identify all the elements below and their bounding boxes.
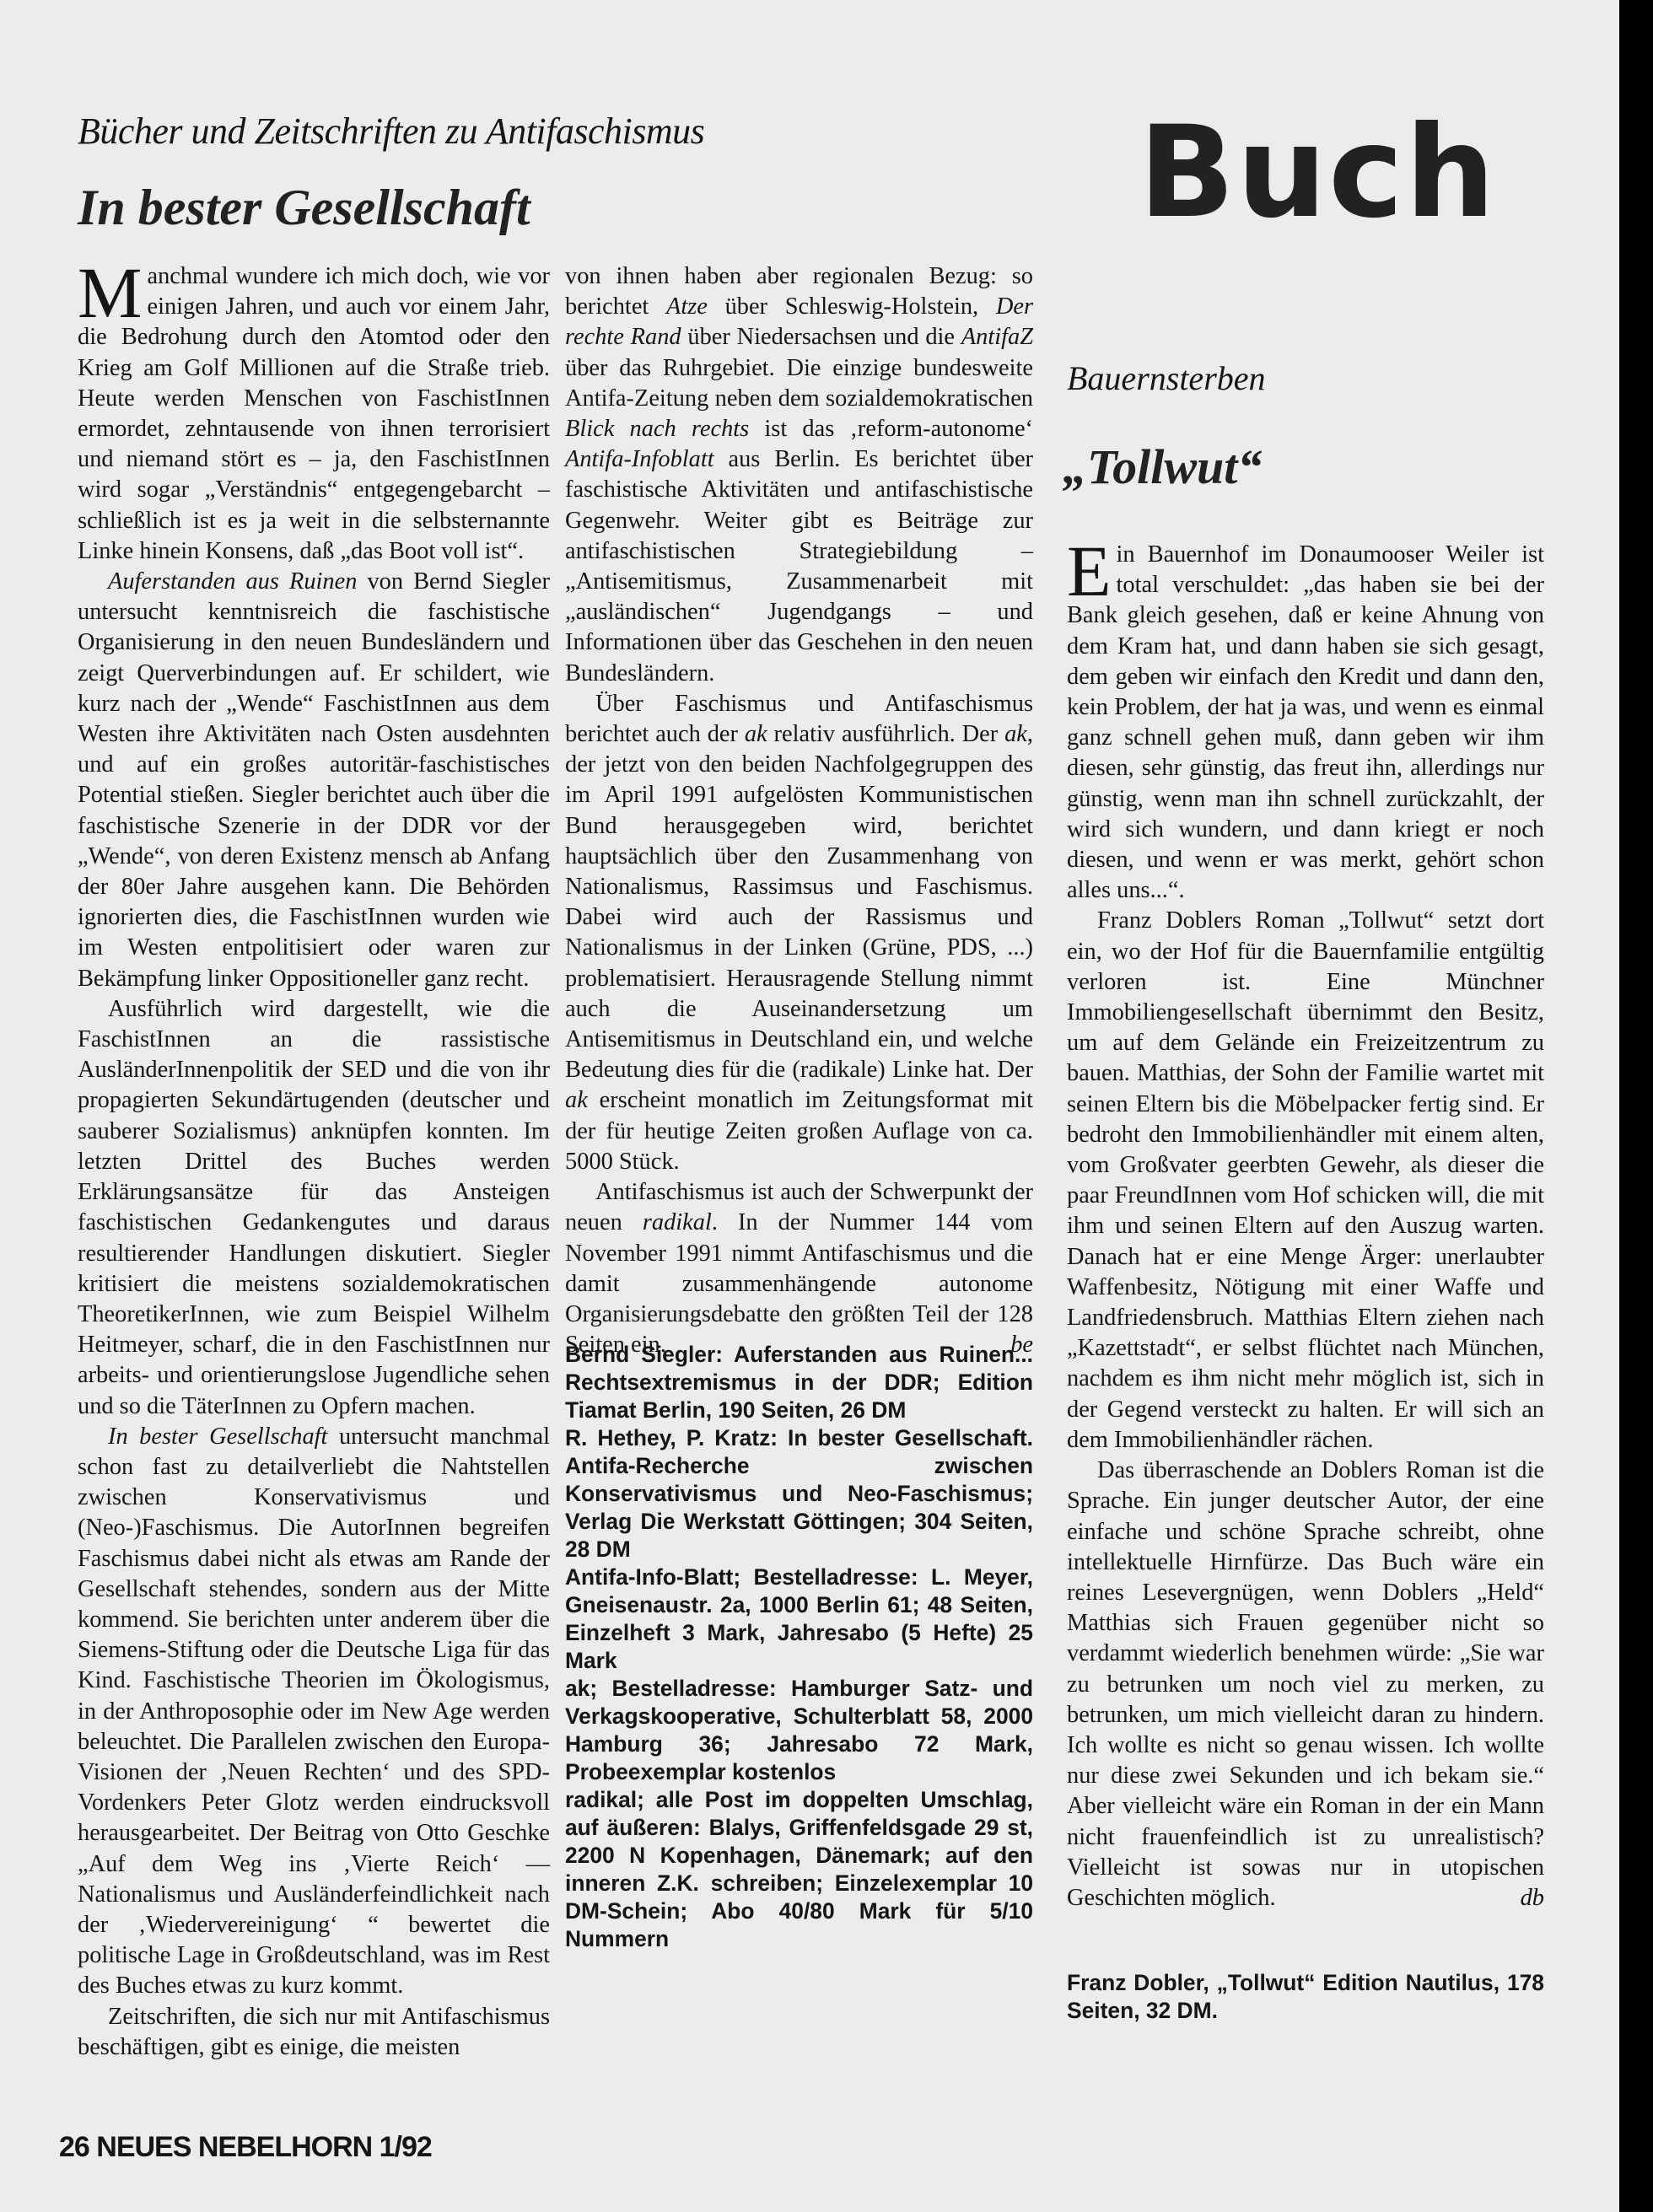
- paragraph: Ausführlich wird dargestellt, wie die Fa…: [78, 994, 550, 1422]
- bibliography-entry: R. Hethey, P. Kratz: In bester Gesellsch…: [565, 1424, 1033, 1563]
- paragraph: In bester Gesellschaft untersucht manchm…: [78, 1422, 550, 2002]
- magazine-title: Atze: [666, 293, 708, 320]
- book-title: Auferstanden aus Ruinen: [108, 568, 357, 595]
- paragraph: von ihnen haben aber regionalen Bezug: s…: [565, 261, 1033, 689]
- article2-column: Ein Bauernhof im Donaumooser Weiler ist …: [1067, 540, 1544, 1913]
- article1-column-1: Manchmal wundere ich mich doch, wie vor …: [78, 261, 550, 2063]
- bibliography-entry: Franz Dobler, „Tollwut“ Edition Nautilus…: [1067, 1969, 1544, 2025]
- magazine-title: radikal: [643, 1209, 712, 1235]
- drop-cap: E: [1067, 543, 1112, 599]
- paragraph: Zeitschriften, die sich nur mit Antifasc…: [78, 2002, 550, 2063]
- article-kicker: Bücher und Zeitschriften zu Antifaschism…: [78, 110, 704, 153]
- drop-cap: M: [78, 265, 142, 320]
- paragraph: Manchmal wundere ich mich doch, wie vor …: [78, 261, 550, 567]
- magazine-page: Bücher und Zeitschriften zu Antifaschism…: [0, 0, 1619, 2212]
- magazine-title: Blick nach rechts: [565, 416, 749, 442]
- magazine-title: ak: [565, 1087, 588, 1113]
- article2-headline: „Tollwut“: [1063, 439, 1262, 495]
- bibliography-entry: ak; Bestelladresse: Hamburger Satz- und …: [565, 1675, 1033, 1786]
- article1-column-2: von ihnen haben aber regionalen Bezug: s…: [565, 261, 1033, 1361]
- paragraph: Über Faschismus und Antifaschismus beric…: [565, 689, 1033, 1177]
- page-footer: 26 NEUES NEBELHORN 1/92: [59, 2131, 432, 2164]
- article-headline: In bester Gesellschaft: [78, 179, 530, 237]
- book-title: In bester Gesellschaft: [108, 1424, 327, 1450]
- bibliography-entry: Bernd Siegler: Auferstanden aus Ruinen..…: [565, 1341, 1033, 1424]
- bibliography-entry: Antifa-Info-Blatt; Bestelladresse: L. Me…: [565, 1563, 1033, 1675]
- paragraph: Franz Doblers Roman „Tollwut“ setzt dort…: [1067, 906, 1544, 1456]
- magazine-title: ak: [1004, 721, 1027, 747]
- section-label: Buch: [1139, 110, 1497, 236]
- paragraph: Ein Bauernhof im Donaumooser Weiler ist …: [1067, 540, 1544, 906]
- article2-kicker: Bauernsterben: [1067, 358, 1266, 398]
- article1-bibliography: Bernd Siegler: Auferstanden aus Ruinen..…: [565, 1341, 1033, 1953]
- magazine-title: AntifaZ: [961, 324, 1033, 350]
- article2-bibliography: Franz Dobler, „Tollwut“ Edition Nautilus…: [1067, 1969, 1544, 2025]
- bibliography-entry: radikal; alle Post im doppelten Umschlag…: [565, 1786, 1033, 1953]
- paragraph: Das überraschende an Doblers Roman ist d…: [1067, 1456, 1544, 1913]
- magazine-title: ak: [745, 721, 767, 747]
- magazine-title: Antifa-Infoblatt: [565, 446, 714, 472]
- paragraph: Auferstanden aus Ruinen von Bernd Siegle…: [78, 567, 550, 994]
